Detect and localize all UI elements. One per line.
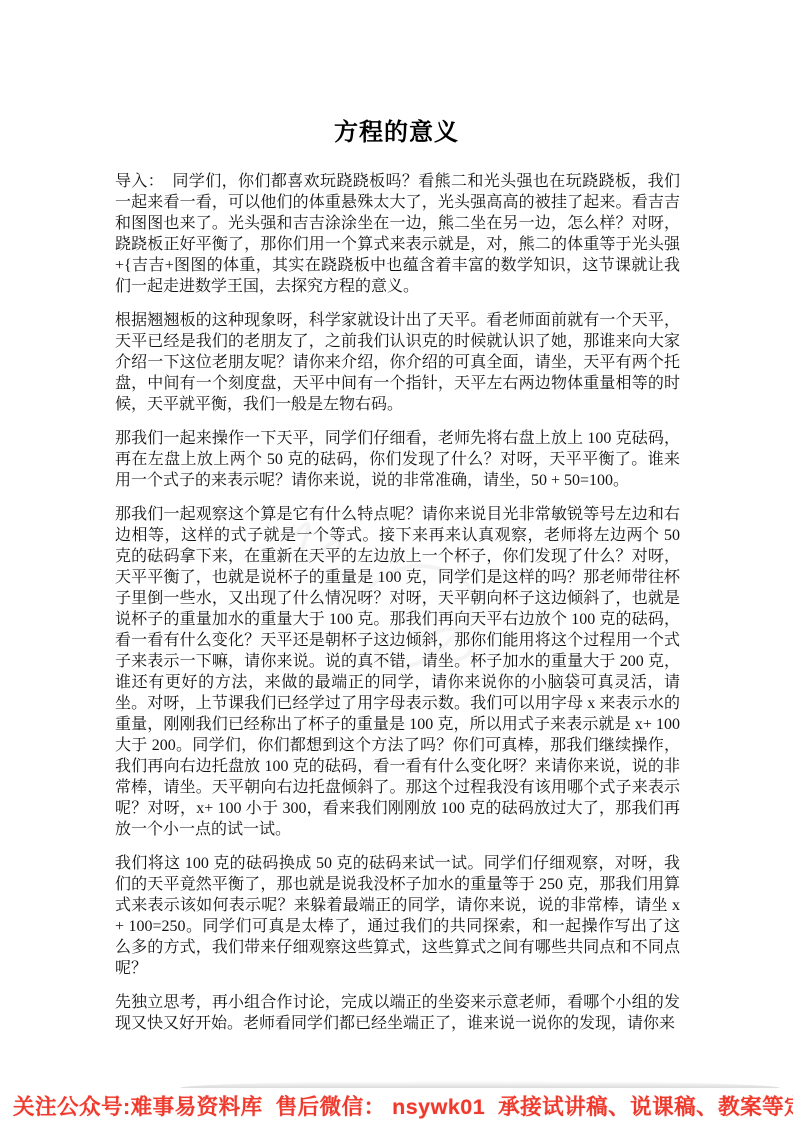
paragraph-operate: 那我们一起来操作一下天平，同学们仔细看，老师先将右盘上放上 100 克砝码，再在… — [115, 428, 680, 491]
paragraph-balance: 根据翘翘板的这种现象呀，科学家就设计出了天平。看老师面前就有一个天平，天平已经是… — [115, 310, 680, 415]
document-body: 导入： 同学们，你们都喜欢玩跷跷板吗？看熊二和光头强也在玩跷跷板，我们一起来看一… — [115, 171, 680, 1034]
paragraph-swap: 我们将这 100 克的砝码换成 50 克的砝码来试一试。同学们仔细观察，对呀，我… — [115, 853, 680, 979]
promo-banner: 关注公众号:难事易资料库 售后微信： nsywk01 承接试讲稿、说课稿、教案等… — [0, 1088, 793, 1122]
paragraph-intro: 导入： 同学们，你们都喜欢玩跷跷板吗？看熊二和光头强也在玩跷跷板，我们一起来看一… — [115, 171, 680, 297]
paragraph-discussion: 先独立思考，再小组合作讨论，完成以端正的坐姿来示意老师，看哪个小组的发现又快又好… — [115, 992, 680, 1034]
page-title: 方程的意义 — [0, 112, 793, 147]
document-page: 方程的意义 导入： 同学们，你们都喜欢玩跷跷板吗？看熊二和光头强也在玩跷跷板，我… — [0, 0, 793, 1122]
paragraph-observe: 那我们一起观察这个算是它有什么特点呢？请你来说目光非常敏锐等号左边和右边相等，这… — [115, 504, 680, 840]
promo-banner-text: 关注公众号:难事易资料库 售后微信： nsywk01 承接试讲稿、说课稿、教案等… — [0, 1090, 793, 1121]
